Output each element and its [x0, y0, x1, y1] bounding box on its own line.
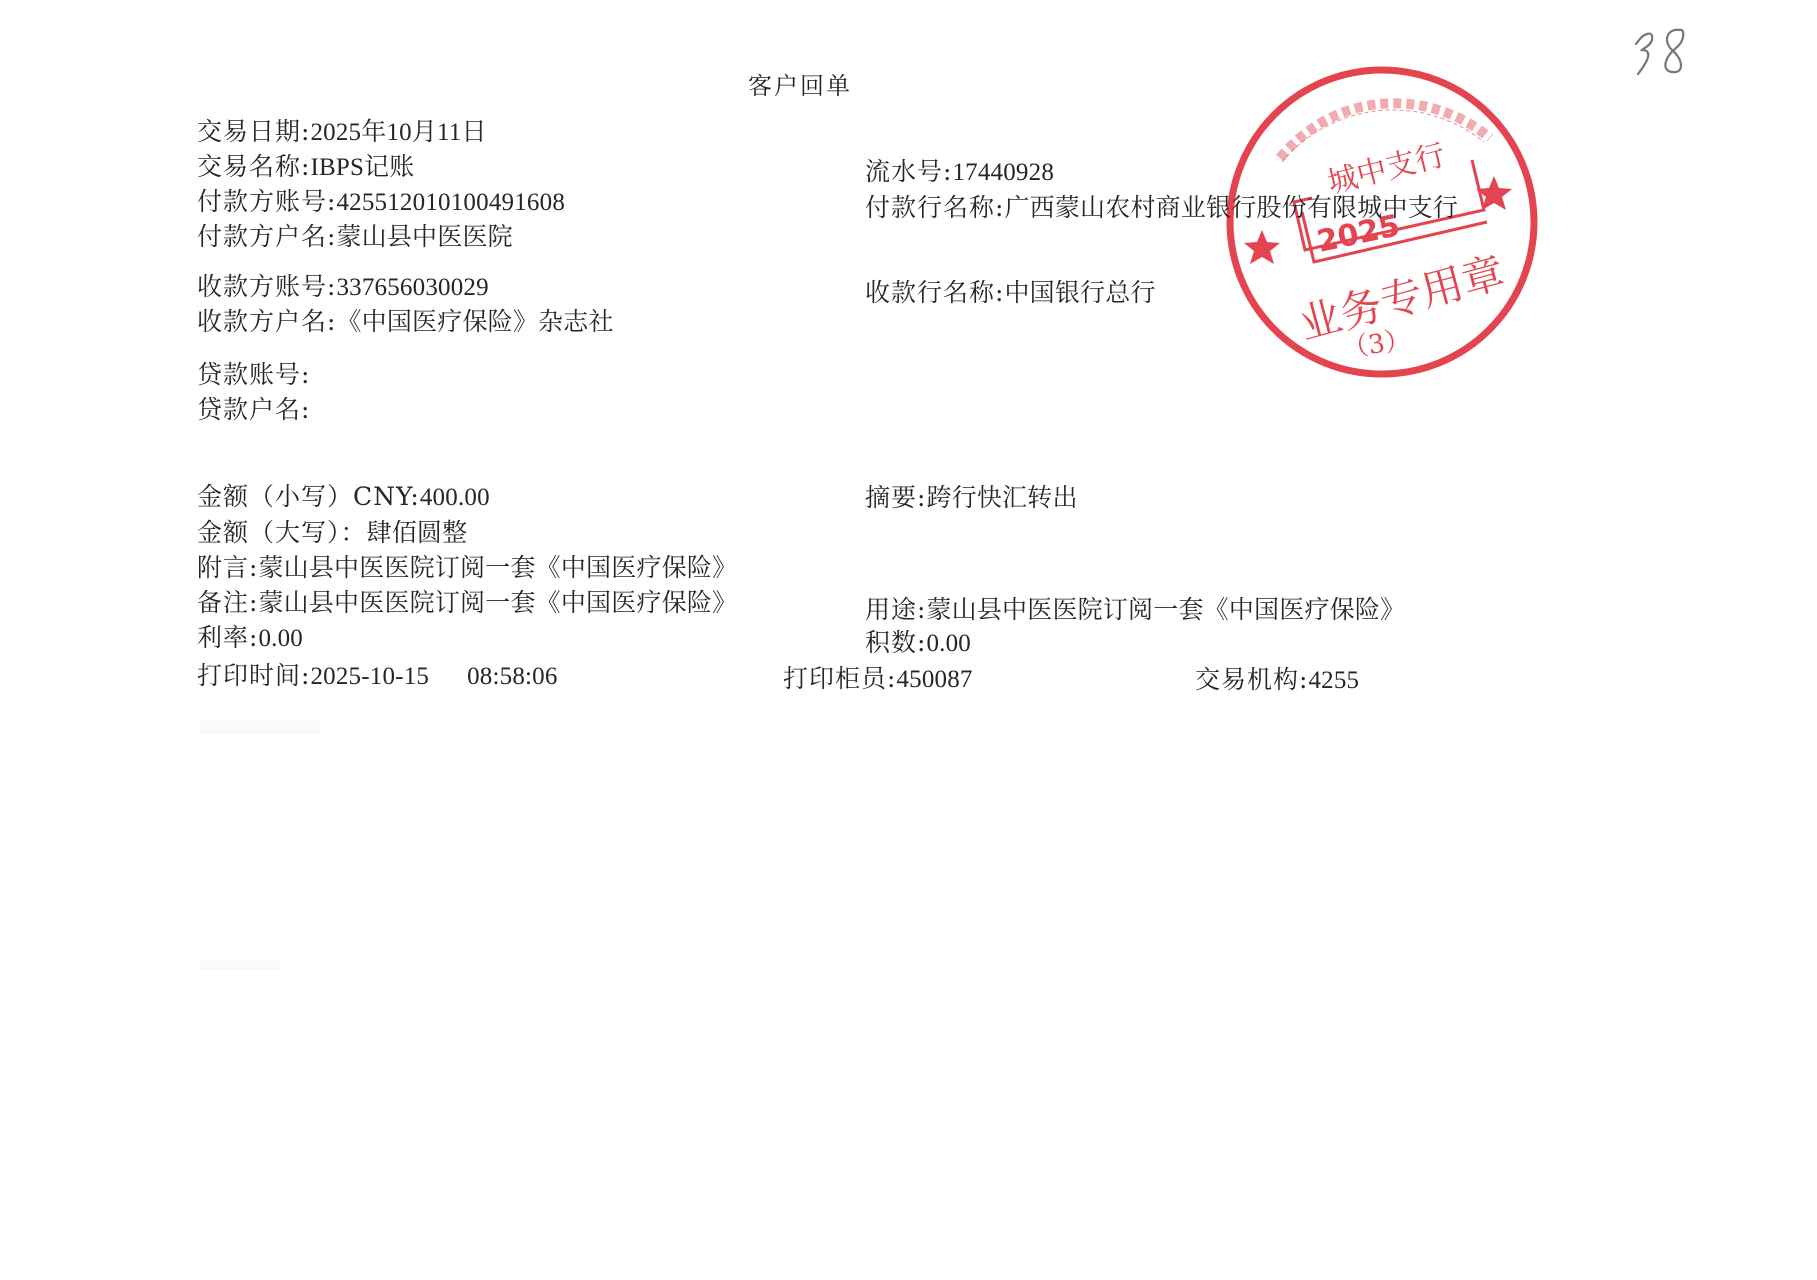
loan-name-row: 贷款户名: [197, 395, 310, 426]
accum-row: 积数:0.00 [865, 628, 971, 659]
teller-row: 打印柜员:450087 [783, 664, 973, 695]
remark-row: 备注:蒙山县中医医院订阅一套《中国医疗保险》 [197, 588, 737, 619]
loan-name-label: 贷款户名: [197, 395, 310, 424]
payer-name-row: 付款方户名:蒙山县中医医院 [197, 222, 513, 253]
postscript-value: 蒙山县中医医院订阅一套《中国医疗保险》 [258, 555, 737, 582]
payee-name-label: 收款方户名: [197, 307, 336, 336]
serial-no-label: 流水号: [865, 157, 952, 186]
payer-account-row: 付款方账号:425512010100491608 [197, 187, 565, 218]
postscript-label: 附言: [197, 553, 258, 582]
payee-account-value: 337656030029 [336, 274, 488, 301]
amount-small-value: 400.00 [420, 484, 490, 511]
institution-row: 交易机构:4255 [1195, 665, 1359, 696]
purpose-label: 用途: [865, 595, 926, 624]
payer-name-value: 蒙山县中医医院 [336, 224, 512, 251]
payer-bank-value: 广西蒙山农村商业银行股份有限城中支行 [1004, 195, 1458, 222]
amount-big-row: 金额（大写）：肆佰圆整 [197, 518, 467, 549]
trade-name-value: IBPS记账 [310, 154, 414, 181]
trade-date-row: 交易日期:2025年10月11日 [197, 117, 487, 148]
teller-label: 打印柜员: [783, 664, 896, 693]
trade-date-value: 2025年10月11日 [310, 119, 486, 146]
institution-value: 4255 [1308, 667, 1359, 694]
amount-big-value: 肆佰圆整 [367, 520, 468, 547]
trade-name-label: 交易名称: [197, 152, 310, 181]
payee-name-value: 《中国医疗保险》杂志社 [336, 309, 613, 336]
payee-bank-value: 中国银行总行 [1004, 280, 1155, 307]
payer-account-value: 425512010100491608 [336, 189, 565, 216]
institution-label: 交易机构: [1195, 665, 1308, 694]
payer-name-label: 付款方户名: [197, 222, 336, 251]
summary-label: 摘要: [865, 483, 926, 512]
print-time-label: 打印时间: [197, 661, 310, 690]
rate-label: 利率: [197, 623, 258, 652]
accum-value: 0.00 [926, 630, 971, 657]
payee-account-row: 收款方账号:337656030029 [197, 272, 489, 303]
trade-date-label: 交易日期: [197, 117, 310, 146]
teller-value: 450087 [896, 666, 972, 693]
rate-value: 0.00 [258, 625, 303, 652]
remark-value: 蒙山县中医医院订阅一套《中国医疗保险》 [258, 590, 737, 617]
summary-value: 跨行快汇转出 [926, 485, 1077, 512]
show-through-mark [200, 960, 280, 970]
print-time-value: 08:58:06 [467, 663, 558, 690]
accum-label: 积数: [865, 628, 926, 657]
print-date-value: 2025-10-15 [310, 663, 429, 690]
show-through-mark [200, 720, 320, 734]
payer-bank-label: 付款行名称: [865, 193, 1004, 222]
print-time-row: 打印时间:2025-10-1508:58:06 [197, 661, 558, 692]
purpose-value: 蒙山县中医医院订阅一套《中国医疗保险》 [926, 597, 1405, 624]
trade-name-row: 交易名称:IBPS记账 [197, 152, 414, 183]
handwritten-page-number [1632, 20, 1698, 86]
serial-no-row: 流水号:17440928 [865, 157, 1054, 188]
payee-bank-row: 收款行名称:中国银行总行 [865, 278, 1156, 309]
seal-star-left [1244, 230, 1280, 264]
seal-branch-text: 城中支行 [1324, 138, 1449, 201]
amount-small-row: 金额（小写）CNY:400.00 [197, 482, 490, 513]
amount-big-label: 金额（大写）： [197, 518, 367, 547]
payee-bank-label: 收款行名称: [865, 278, 1004, 307]
document-title: 客户回单 [748, 71, 852, 101]
loan-account-label: 贷款账号: [197, 360, 310, 389]
serial-no-value: 17440928 [952, 159, 1054, 186]
payer-account-label: 付款方账号: [197, 187, 336, 216]
summary-row: 摘要:跨行快汇转出 [865, 483, 1078, 514]
purpose-row: 用途:蒙山县中医医院订阅一套《中国医疗保险》 [865, 595, 1405, 626]
payer-bank-row: 付款行名称:广西蒙山农村商业银行股份有限城中支行 [865, 193, 1458, 224]
payee-account-label: 收款方账号: [197, 272, 336, 301]
loan-account-row: 贷款账号: [197, 360, 310, 391]
rate-row: 利率:0.00 [197, 623, 303, 654]
remark-label: 备注: [197, 588, 258, 617]
amount-small-label: 金额（小写）CNY: [197, 482, 420, 511]
postscript-row: 附言:蒙山县中医医院订阅一套《中国医疗保险》 [197, 553, 737, 584]
payee-name-row: 收款方户名:《中国医疗保险》杂志社 [197, 307, 614, 338]
